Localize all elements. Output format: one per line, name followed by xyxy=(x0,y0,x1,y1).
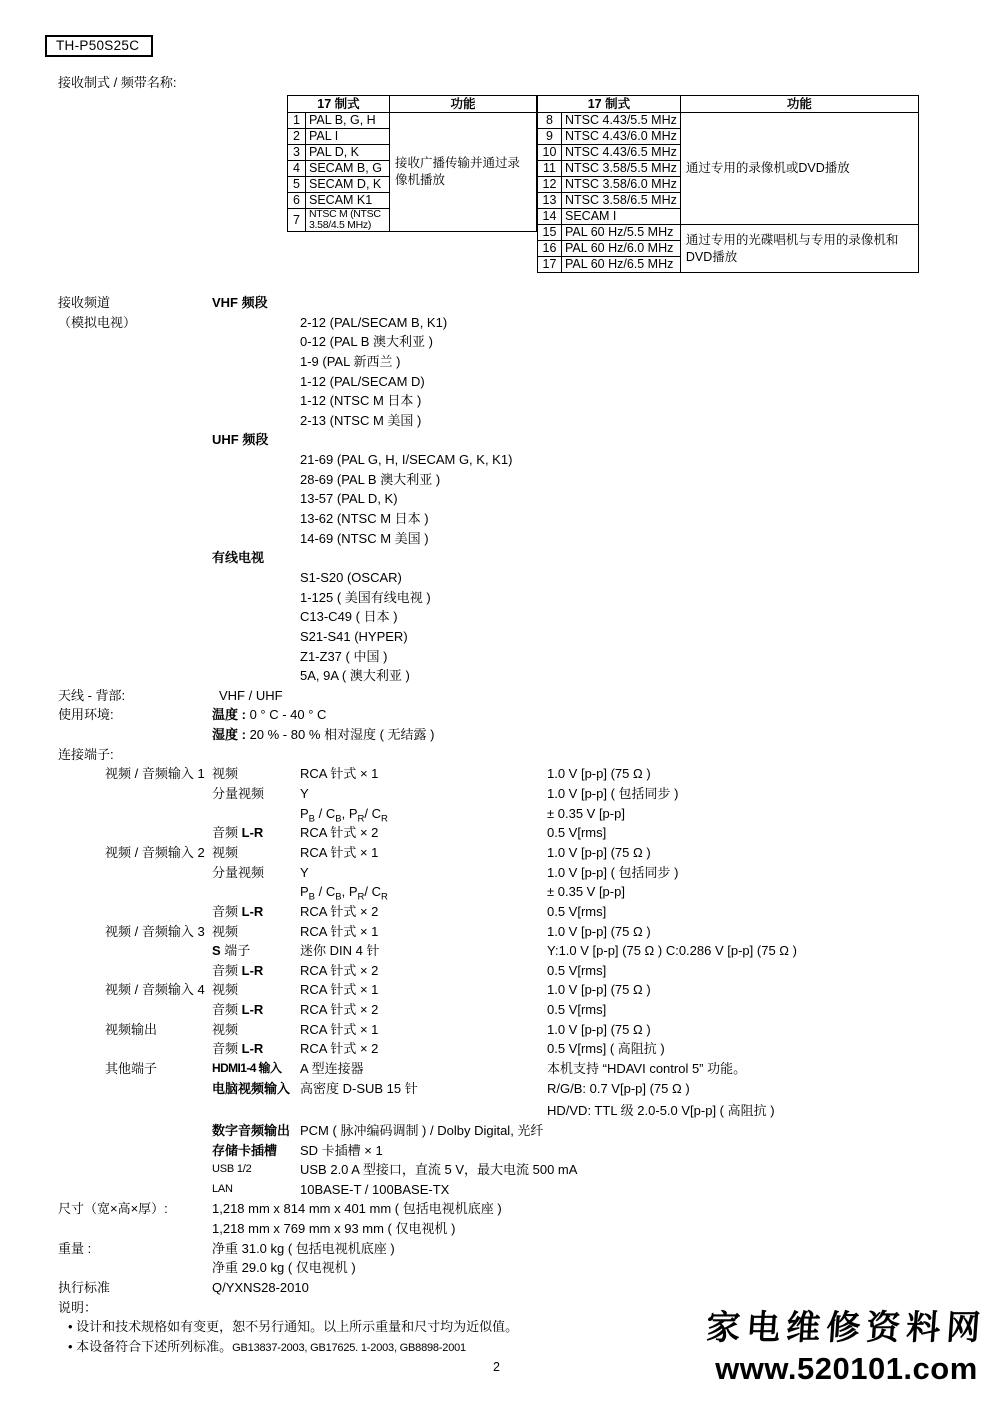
spec-cell-c3: 28-69 (PAL B 澳大利亚 ) xyxy=(300,470,547,490)
spec-cell-c4: 1.0 V [p-p] (75 Ω ) xyxy=(547,980,651,1000)
spec-cell-c3: S1-S20 (OSCAR) xyxy=(300,568,547,588)
spec-cell-c4: 1.0 V [p-p] ( 包括同步 ) xyxy=(547,863,678,883)
system-number-cell: 13 xyxy=(538,193,562,209)
spec-row: 连接端子: xyxy=(0,745,993,765)
spec-cell-c1 xyxy=(0,1101,212,1121)
spec-cell-c3: RCA 针式 × 2 xyxy=(300,961,547,981)
spec-cell-c3: SD 卡插槽 × 1 xyxy=(300,1141,547,1161)
system-number-cell: 9 xyxy=(538,129,562,145)
spec-cell-c2 xyxy=(212,666,300,686)
system-name-cell: SECAM B, G xyxy=(306,161,390,177)
spec-cell-c2: 分量视频 xyxy=(212,863,300,883)
spec-row: 其他端子HDMI1-4 输入A 型连接器本机支持 “HDAVI control … xyxy=(0,1059,993,1079)
spec-cell-c2 xyxy=(212,568,300,588)
spec-cell-c2 xyxy=(212,529,300,549)
spec-row: 视频输出视频RCA 针式 × 11.0 V [p-p] (75 Ω ) xyxy=(0,1020,993,1040)
spec-row: 数字音频输出PCM ( 脉冲编码调制 ) / Dolby Digital, 光纤 xyxy=(0,1121,993,1141)
system-name-cell: NTSC 4.43/5.5 MHz xyxy=(562,113,681,129)
table-row: 1PAL B, G, H接收广播传输并通过录像机播放 xyxy=(288,113,537,129)
spec-cell-c2 xyxy=(212,391,300,411)
spec-cell-c4: 1.0 V [p-p] (75 Ω ) xyxy=(547,1020,651,1040)
spec-cell-c4: 1.0 V [p-p] (75 Ω ) xyxy=(547,922,651,942)
spec-cell-c3: 迷你 DIN 4 针 xyxy=(300,941,547,961)
spec-cell-c2: 视频 xyxy=(212,1020,300,1040)
spec-cell-c3: Y xyxy=(300,863,547,883)
spec-cell-c4: 1.0 V [p-p] ( 包括同步 ) xyxy=(547,784,678,804)
spec-cell-c3: S21-S41 (HYPER) xyxy=(300,627,547,647)
spec-row: PB / CB, PR/ CR± 0.35 V [p-p] xyxy=(0,804,993,824)
system-number-cell: 7 xyxy=(288,209,306,232)
spec-cell-c4: R/G/B: 0.7 V[p-p] (75 Ω ) xyxy=(547,1079,690,1099)
table-row: 15PAL 60 Hz/5.5 MHz通过专用的光碟唱机与专用的录像机和DVD播… xyxy=(538,225,919,241)
spec-cell-c1 xyxy=(0,588,212,608)
spec-cell-c1: 天线 - 背部: xyxy=(0,686,212,706)
spec-cell-c1 xyxy=(0,784,212,804)
spec-cell-c3 xyxy=(300,1258,547,1278)
spec-cell-c2: 音频 L-R xyxy=(212,823,300,843)
spec-cell-c3: 1-125 ( 美国有线电视 ) xyxy=(300,588,547,608)
spec-row: 重量 :净重 31.0 kg ( 包括电视机底座 ) xyxy=(0,1239,993,1259)
system-number-cell: 15 xyxy=(538,225,562,241)
function-cell: 接收广播传输并通过录像机播放 xyxy=(390,113,537,232)
spec-cell-c2 xyxy=(212,882,300,902)
function-cell: 通过专用的光碟唱机与专用的录像机和DVD播放 xyxy=(680,225,918,273)
column-header-function: 功能 xyxy=(390,96,537,113)
spec-cell-c3: USB 2.0 A 型接口，直流 5 V，最大电流 500 mA xyxy=(300,1160,547,1180)
system-number-cell: 6 xyxy=(288,193,306,209)
spec-cell-c2: 视频 xyxy=(212,922,300,942)
spec-cell-c4: 0.5 V[rms] xyxy=(547,1000,606,1020)
spec-row: USB 1/2USB 2.0 A 型接口，直流 5 V，最大电流 500 mA xyxy=(0,1160,993,1180)
spec-cell-c3: 10BASE-T / 100BASE-TX xyxy=(300,1180,547,1200)
spec-cell-c2: 音频 L-R xyxy=(212,902,300,922)
system-name-cell: PAL B, G, H xyxy=(306,113,390,129)
spec-cell-c3 xyxy=(300,1239,547,1259)
spec-row: 1,218 mm x 769 mm x 93 mm ( 仅电视机 ) xyxy=(0,1219,993,1239)
spec-row: 音频 L-RRCA 针式 × 20.5 V[rms] xyxy=(0,961,993,981)
spec-cell-c1: 重量 : xyxy=(0,1239,212,1259)
spec-cell-c1 xyxy=(0,391,212,411)
spec-cell-c3: RCA 针式 × 1 xyxy=(300,922,547,942)
spec-row: 14-69 (NTSC M 美国 ) xyxy=(0,529,993,549)
spec-cell-c1 xyxy=(0,823,212,843)
spec-cell-c1: 其他端子 xyxy=(0,1059,212,1079)
spec-cell-c1: （模拟电视） xyxy=(0,313,212,333)
spec-cell-c1 xyxy=(0,509,212,529)
spec-row: S21-S41 (HYPER) xyxy=(0,627,993,647)
spec-cell-c1: 视频 / 音频输入 4 xyxy=(0,980,212,1000)
spec-cell-c1 xyxy=(0,804,212,824)
spec-cell-c1: 视频 / 音频输入 3 xyxy=(0,922,212,942)
spec-cell-c2 xyxy=(212,588,300,608)
spec-cell-c1 xyxy=(0,352,212,372)
spec-cell-c3: Y xyxy=(300,784,547,804)
spec-cell-c2 xyxy=(212,332,300,352)
spec-cell-c1 xyxy=(0,882,212,902)
spec-cell-c2: 视频 xyxy=(212,843,300,863)
spec-cell-c1: 尺寸（宽×高×厚）: xyxy=(0,1199,212,1219)
spec-cell-c3: 0-12 (PAL B 澳大利亚 ) xyxy=(300,332,547,352)
spec-cell-c2 xyxy=(212,647,300,667)
system-number-cell: 17 xyxy=(538,257,562,273)
spec-cell-c4: 0.5 V[rms] ( 高阻抗 ) xyxy=(547,1039,665,1059)
spec-cell-c1: 使用环境: xyxy=(0,705,212,725)
spec-cell-c3: A 型连接器 xyxy=(300,1059,547,1079)
system-name-cell: SECAM D, K xyxy=(306,177,390,193)
system-number-cell: 16 xyxy=(538,241,562,257)
spec-row: 分量视频Y1.0 V [p-p] ( 包括同步 ) xyxy=(0,863,993,883)
system-number-cell: 4 xyxy=(288,161,306,177)
spec-cell-c4: 0.5 V[rms] xyxy=(547,902,606,922)
spec-cell-c1 xyxy=(0,1160,212,1180)
spec-cell-c2 xyxy=(212,1298,300,1318)
spec-cell-c1 xyxy=(0,725,212,745)
spec-cell-c1 xyxy=(0,1258,212,1278)
spec-row: 执行标准Q/YXNS28-2010 xyxy=(0,1278,993,1298)
spec-cell-c1: 视频输出 xyxy=(0,1020,212,1040)
spec-cell-c3: C13-C49 ( 日本 ) xyxy=(300,607,547,627)
spec-cell-c2 xyxy=(212,470,300,490)
spec-row: 音频 L-RRCA 针式 × 20.5 V[rms] ( 高阻抗 ) xyxy=(0,1039,993,1059)
spec-cell-c1 xyxy=(0,1180,212,1200)
spec-row: Z1-Z37 ( 中国 ) xyxy=(0,647,993,667)
spec-cell-c2 xyxy=(212,489,300,509)
spec-cell-c3: 13-57 (PAL D, K) xyxy=(300,489,547,509)
spec-cell-c2 xyxy=(212,509,300,529)
model-number-box: TH-P50S25C xyxy=(45,35,153,57)
spec-rows: 接收频道VHF 频段（模拟电视）2-12 (PAL/SECAM B, K1)0-… xyxy=(0,293,993,1357)
spec-cell-c3: RCA 针式 × 2 xyxy=(300,823,547,843)
spec-cell-c3 xyxy=(300,293,547,313)
system-number-cell: 8 xyxy=(538,113,562,129)
spec-cell-c1 xyxy=(0,607,212,627)
spec-cell-c2: 净重 31.0 kg ( 包括电视机底座 ) xyxy=(212,1239,300,1259)
spec-cell-c2: 数字音频输出 xyxy=(212,1121,300,1141)
system-name-cell: NTSC 3.58/6.0 MHz xyxy=(562,177,681,193)
spec-cell-c1 xyxy=(0,627,212,647)
spec-cell-c2: 湿度 : 20 % - 80 % 相对湿度 ( 无结露 ) xyxy=(212,725,300,745)
system-number-cell: 3 xyxy=(288,145,306,161)
spec-cell-c1 xyxy=(0,568,212,588)
spec-cell-c1 xyxy=(0,372,212,392)
spec-cell-c2 xyxy=(212,607,300,627)
spec-cell-c2: 有线电视 xyxy=(212,548,300,568)
spec-row: 使用环境:温度 : 0 ° C - 40 ° C xyxy=(0,705,993,725)
spec-row: 净重 29.0 kg ( 仅电视机 ) xyxy=(0,1258,993,1278)
spec-cell-c3: RCA 针式 × 1 xyxy=(300,764,547,784)
spec-cell-c1 xyxy=(0,529,212,549)
spec-cell-c3: 1-12 (NTSC M 日本 ) xyxy=(300,391,547,411)
column-header-system: 17 制式 xyxy=(538,96,681,113)
spec-cell-c2: 分量视频 xyxy=(212,784,300,804)
spec-row: 28-69 (PAL B 澳大利亚 ) xyxy=(0,470,993,490)
spec-row: LAN10BASE-T / 100BASE-TX xyxy=(0,1180,993,1200)
spec-cell-c2: UHF 频段 xyxy=(212,430,300,450)
spec-cell-c2 xyxy=(212,745,300,765)
spec-row: S 端子迷你 DIN 4 针Y:1.0 V [p-p] (75 Ω ) C:0.… xyxy=(0,941,993,961)
spec-row: 电脑视频输入高密度 D-SUB 15 针R/G/B: 0.7 V[p-p] (7… xyxy=(0,1079,993,1099)
spec-cell-c1 xyxy=(0,1039,212,1059)
spec-cell-c1 xyxy=(0,548,212,568)
spec-row: 存储卡插槽SD 卡插槽 × 1 xyxy=(0,1141,993,1161)
systems-table-left: 17 制式功能1PAL B, G, H接收广播传输并通过录像机播放2PAL I3… xyxy=(287,95,537,232)
spec-cell-c1: 视频 / 音频输入 2 xyxy=(0,843,212,863)
system-number-cell: 2 xyxy=(288,129,306,145)
spec-cell-c2 xyxy=(212,450,300,470)
spec-cell-c3: 2-13 (NTSC M 美国 ) xyxy=(300,411,547,431)
spec-cell-c2: 1,218 mm x 769 mm x 93 mm ( 仅电视机 ) xyxy=(212,1219,300,1239)
spec-cell-c2: USB 1/2 xyxy=(212,1160,300,1180)
spec-cell-c1: 接收频道 xyxy=(0,293,212,313)
table-header-row: 17 制式功能 xyxy=(538,96,919,113)
spec-cell-c1: 执行标准 xyxy=(0,1278,212,1298)
spec-cell-c2: 音频 L-R xyxy=(212,1000,300,1020)
system-number-cell: 10 xyxy=(538,145,562,161)
table-header-row: 17 制式功能 xyxy=(288,96,537,113)
spec-cell-c3: PB / CB, PR/ CR xyxy=(300,882,547,902)
system-number-cell: 1 xyxy=(288,113,306,129)
spec-cell-c3: 13-62 (NTSC M 日本 ) xyxy=(300,509,547,529)
spec-cell-c1 xyxy=(0,1079,212,1099)
spec-cell-c3: PCM ( 脉冲编码调制 ) / Dolby Digital, 光纤 xyxy=(300,1121,547,1141)
spec-row: 接收频道VHF 频段 xyxy=(0,293,993,313)
spec-cell-c1 xyxy=(0,1141,212,1161)
spec-row: C13-C49 ( 日本 ) xyxy=(0,607,993,627)
spec-cell-c1: 说明： xyxy=(0,1298,212,1318)
spec-cell-c3: RCA 针式 × 1 xyxy=(300,843,547,863)
spec-cell-c3 xyxy=(300,1101,547,1121)
system-name-cell: PAL 60 Hz/6.5 MHz xyxy=(562,257,681,273)
spec-cell-c2: 音频 L-R xyxy=(212,1039,300,1059)
spec-cell-c3: RCA 针式 × 2 xyxy=(300,902,547,922)
spec-cell-c3: RCA 针式 × 1 xyxy=(300,980,547,1000)
spec-cell-c3: 14-69 (NTSC M 美国 ) xyxy=(300,529,547,549)
spec-cell-c1 xyxy=(0,941,212,961)
spec-row: 视频 / 音频输入 2视频RCA 针式 × 11.0 V [p-p] (75 Ω… xyxy=(0,843,993,863)
spec-cell-c3 xyxy=(300,430,547,450)
spec-cell-c1 xyxy=(0,902,212,922)
spec-row: 分量视频Y1.0 V [p-p] ( 包括同步 ) xyxy=(0,784,993,804)
spec-cell-c2: 净重 29.0 kg ( 仅电视机 ) xyxy=(212,1258,300,1278)
watermark-site-name: 家电维修资料网 xyxy=(698,1300,993,1349)
spec-cell-c3: 2-12 (PAL/SECAM B, K1) xyxy=(300,313,547,333)
spec-cell-c2: LAN xyxy=(212,1180,300,1200)
spec-row: 1-9 (PAL 新西兰 ) xyxy=(0,352,993,372)
spec-cell-c3: RCA 针式 × 1 xyxy=(300,1020,547,1040)
spec-cell-c4: 本机支持 “HDAVI control 5” 功能。 xyxy=(547,1059,746,1079)
spec-cell-c2 xyxy=(212,372,300,392)
spec-cell-c3 xyxy=(300,1278,547,1298)
spec-cell-c3 xyxy=(300,548,547,568)
spec-row: 音频 L-RRCA 针式 × 20.5 V[rms] xyxy=(0,1000,993,1020)
spec-cell-c1: 视频 / 音频输入 1 xyxy=(0,764,212,784)
spec-row: 1-125 ( 美国有线电视 ) xyxy=(0,588,993,608)
spec-cell-c4: 1.0 V [p-p] (75 Ω ) xyxy=(547,843,651,863)
spec-cell-c3 xyxy=(300,705,547,725)
system-number-cell: 5 xyxy=(288,177,306,193)
spec-cell-c2: VHF / UHF xyxy=(212,686,300,706)
spec-cell-c1 xyxy=(0,961,212,981)
spec-cell-c3 xyxy=(300,1219,547,1239)
spec-row: UHF 频段 xyxy=(0,430,993,450)
system-name-cell: NTSC M (NTSC 3.58/4.5 MHz) xyxy=(306,209,390,232)
spec-row: （模拟电视）2-12 (PAL/SECAM B, K1) xyxy=(0,313,993,333)
spec-cell-c2 xyxy=(212,804,300,824)
spec-cell-c4: ± 0.35 V [p-p] xyxy=(547,882,625,902)
system-name-cell: NTSC 4.43/6.0 MHz xyxy=(562,129,681,145)
spec-row: 视频 / 音频输入 3视频RCA 针式 × 11.0 V [p-p] (75 Ω… xyxy=(0,922,993,942)
spec-row: 13-62 (NTSC M 日本 ) xyxy=(0,509,993,529)
spec-row: 1-12 (NTSC M 日本 ) xyxy=(0,391,993,411)
spec-cell-c3 xyxy=(300,725,547,745)
system-name-cell: SECAM I xyxy=(562,209,681,225)
spec-cell-c2: HDMI1-4 输入 xyxy=(212,1059,300,1079)
column-header-system: 17 制式 xyxy=(288,96,390,113)
spec-cell-c1 xyxy=(0,489,212,509)
spec-cell-c2 xyxy=(212,1101,300,1121)
spec-cell-c2 xyxy=(212,627,300,647)
spec-cell-c4: 1.0 V [p-p] (75 Ω ) xyxy=(547,764,651,784)
spec-cell-c2 xyxy=(212,352,300,372)
spec-cell-c3 xyxy=(300,745,547,765)
spec-cell-c3: RCA 针式 × 2 xyxy=(300,1039,547,1059)
function-cell: 通过专用的录像机或DVD播放 xyxy=(680,113,918,225)
watermark-site-url: www.520101.com xyxy=(700,1351,993,1387)
spec-row: 尺寸（宽×高×厚）:1,218 mm x 814 mm x 401 mm ( 包… xyxy=(0,1199,993,1219)
spec-cell-c3: 5A, 9A ( 澳大利亚 ) xyxy=(300,666,547,686)
system-number-cell: 14 xyxy=(538,209,562,225)
spec-cell-c1 xyxy=(0,430,212,450)
spec-cell-c2: 音频 L-R xyxy=(212,961,300,981)
spec-cell-c1 xyxy=(0,1219,212,1239)
system-name-cell: NTSC 3.58/5.5 MHz xyxy=(562,161,681,177)
spec-row: S1-S20 (OSCAR) xyxy=(0,568,993,588)
spec-cell-c4: Y:1.0 V [p-p] (75 Ω ) C:0.286 V [p-p] (7… xyxy=(547,941,797,961)
spec-cell-c1 xyxy=(0,1000,212,1020)
spec-cell-c4: HD/VD: TTL 级 2.0-5.0 V[p-p] ( 高阻抗 ) xyxy=(547,1101,775,1121)
spec-row: 21-69 (PAL G, H, I/SECAM G, K, K1) xyxy=(0,450,993,470)
spec-row: 13-57 (PAL D, K) xyxy=(0,489,993,509)
spec-cell-c1 xyxy=(0,470,212,490)
spec-cell-c3: 1-12 (PAL/SECAM D) xyxy=(300,372,547,392)
spec-row: 视频 / 音频输入 1视频RCA 针式 × 11.0 V [p-p] (75 Ω… xyxy=(0,764,993,784)
spec-cell-c1: 连接端子: xyxy=(0,745,212,765)
system-name-cell: PAL D, K xyxy=(306,145,390,161)
system-name-cell: SECAM K1 xyxy=(306,193,390,209)
spec-row: PB / CB, PR/ CR± 0.35 V [p-p] xyxy=(0,882,993,902)
spec-cell-c2: 视频 xyxy=(212,764,300,784)
spec-cell-c1 xyxy=(0,863,212,883)
spec-cell-c3: PB / CB, PR/ CR xyxy=(300,804,547,824)
spec-cell-c2: S 端子 xyxy=(212,941,300,961)
table-row: 8NTSC 4.43/5.5 MHz通过专用的录像机或DVD播放 xyxy=(538,113,919,129)
spec-cell-c3 xyxy=(300,1298,547,1318)
spec-cell-c1 xyxy=(0,666,212,686)
column-header-function: 功能 xyxy=(680,96,918,113)
system-name-cell: NTSC 3.58/6.5 MHz xyxy=(562,193,681,209)
spec-cell-c2: 温度 : 0 ° C - 40 ° C xyxy=(212,705,300,725)
section-heading: 接收制式 / 频带名称: xyxy=(58,72,176,91)
spec-cell-c2: VHF 频段 xyxy=(212,293,300,313)
system-number-cell: 11 xyxy=(538,161,562,177)
spec-cell-c3: RCA 针式 × 2 xyxy=(300,1000,547,1020)
spec-cell-c2: 存储卡插槽 xyxy=(212,1141,300,1161)
spec-cell-c3 xyxy=(300,686,547,706)
spec-cell-c4: 0.5 V[rms] xyxy=(547,961,606,981)
spec-row: 0-12 (PAL B 澳大利亚 ) xyxy=(0,332,993,352)
spec-row: 1-12 (PAL/SECAM D) xyxy=(0,372,993,392)
spec-row: 5A, 9A ( 澳大利亚 ) xyxy=(0,666,993,686)
spec-row: 音频 L-RRCA 针式 × 20.5 V[rms] xyxy=(0,823,993,843)
spec-row: 湿度 : 20 % - 80 % 相对湿度 ( 无结露 ) xyxy=(0,725,993,745)
system-name-cell: NTSC 4.43/6.5 MHz xyxy=(562,145,681,161)
spec-row: 2-13 (NTSC M 美国 ) xyxy=(0,411,993,431)
spec-cell-c3 xyxy=(300,1199,547,1219)
spec-cell-c2: 视频 xyxy=(212,980,300,1000)
spec-cell-c2: Q/YXNS28-2010 xyxy=(212,1278,300,1298)
spec-cell-c1 xyxy=(0,411,212,431)
spec-cell-c1 xyxy=(0,450,212,470)
spec-cell-c3: 1-9 (PAL 新西兰 ) xyxy=(300,352,547,372)
spec-row: 有线电视 xyxy=(0,548,993,568)
system-name-cell: PAL 60 Hz/6.0 MHz xyxy=(562,241,681,257)
spec-cell-c4: 0.5 V[rms] xyxy=(547,823,606,843)
systems-table-right: 17 制式功能8NTSC 4.43/5.5 MHz通过专用的录像机或DVD播放9… xyxy=(537,95,919,273)
system-name-cell: PAL 60 Hz/5.5 MHz xyxy=(562,225,681,241)
system-name-cell: PAL I xyxy=(306,129,390,145)
model-number: TH-P50S25C xyxy=(56,38,139,53)
spec-cell-c2 xyxy=(212,411,300,431)
spec-cell-c1 xyxy=(0,647,212,667)
spec-cell-c2: 1,218 mm x 814 mm x 401 mm ( 包括电视机底座 ) xyxy=(212,1199,300,1219)
spec-cell-c4: ± 0.35 V [p-p] xyxy=(547,804,625,824)
spec-row: 天线 - 背部:VHF / UHF xyxy=(0,686,993,706)
watermark: 家电维修资料网 www.520101.com xyxy=(700,1300,993,1387)
spec-row: 视频 / 音频输入 4视频RCA 针式 × 11.0 V [p-p] (75 Ω… xyxy=(0,980,993,1000)
spec-cell-c3: 高密度 D-SUB 15 针 xyxy=(300,1079,547,1099)
spec-cell-c3: Z1-Z37 ( 中国 ) xyxy=(300,647,547,667)
spec-cell-c2: 电脑视频输入 xyxy=(212,1079,300,1099)
spec-cell-c1 xyxy=(0,332,212,352)
spec-row: 音频 L-RRCA 针式 × 20.5 V[rms] xyxy=(0,902,993,922)
system-number-cell: 12 xyxy=(538,177,562,193)
spec-cell-c2 xyxy=(212,313,300,333)
spec-cell-c1 xyxy=(0,1121,212,1141)
spec-cell-c3: 21-69 (PAL G, H, I/SECAM G, K, K1) xyxy=(300,450,547,470)
spec-row: HD/VD: TTL 级 2.0-5.0 V[p-p] ( 高阻抗 ) xyxy=(0,1101,993,1121)
